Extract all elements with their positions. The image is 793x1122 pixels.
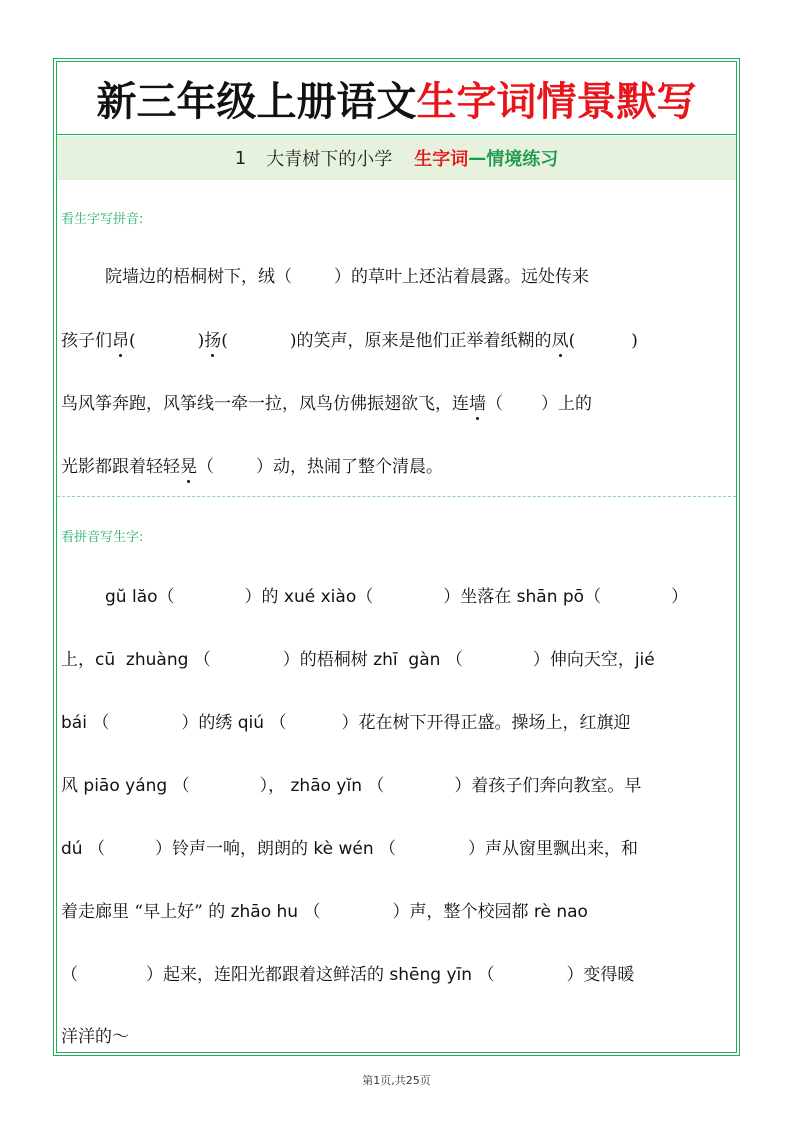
paren-open: （ bbox=[197, 452, 214, 477]
text: ）起来，连阳光都跟着这鲜活的 bbox=[146, 960, 384, 985]
text: 着走廊里 “早上好” 的 bbox=[61, 897, 225, 922]
text: ）着孩子们奔向教室。早 bbox=[454, 771, 641, 796]
paren-open: （ bbox=[92, 708, 109, 733]
tag-dash: — bbox=[468, 148, 486, 169]
title-main: 新三年级上册语文 bbox=[97, 70, 417, 127]
text: ）声，整个校园都 bbox=[392, 897, 528, 922]
pinyin: shān pō bbox=[517, 587, 584, 607]
paren-open: （ bbox=[367, 771, 384, 796]
dotted-char: 晃 bbox=[180, 452, 197, 477]
text: ）变得暖 bbox=[566, 960, 634, 985]
text: ）的 bbox=[245, 582, 279, 607]
paren-open: （ bbox=[356, 582, 373, 607]
text: ）的梧桐树 bbox=[283, 645, 368, 670]
dotted-char: 墙 bbox=[469, 389, 486, 414]
passage-line: 洋洋的～ bbox=[61, 1022, 732, 1047]
paren-open: ( bbox=[129, 331, 136, 351]
text: 风 bbox=[61, 771, 78, 796]
pinyin: qiú bbox=[238, 713, 264, 733]
passage-line: 鸟风筝奔跑，风筝线一牵一拉，凤鸟仿佛振翅欲飞，连 墙 （ ）上的 bbox=[61, 389, 732, 414]
lesson-number: 1 bbox=[235, 148, 246, 169]
text: ）花在树下开得正盛。操场上，红旗迎 bbox=[341, 708, 630, 733]
passage-line: dú （ ）铃声一响，朗朗的 kè wén （ ）声从窗里飘出来，和 bbox=[61, 834, 732, 859]
passage-line: 着走廊里 “早上好” 的 zhāo hu （ ）声，整个校园都 rè nao bbox=[61, 897, 732, 922]
paren-open: （ bbox=[88, 834, 105, 859]
title-highlight: 生字词情景默写 bbox=[417, 70, 697, 127]
text: ）动，热闹了整个清晨。 bbox=[256, 452, 443, 477]
paren-open: （ bbox=[477, 960, 494, 985]
passage-line: gŭ lăo （ ）的 xué xiào （ ）坐落在 shān pō （ ） bbox=[61, 582, 732, 607]
text: 鸟风筝奔跑，风筝线一牵一拉，凤鸟仿佛振翅欲飞，连 bbox=[61, 389, 469, 414]
passage-line: bái （ ）的绣 qiú （ ）花在树下开得正盛。操场上，红旗迎 bbox=[61, 708, 732, 733]
tag-vocab: 生字词 bbox=[414, 145, 468, 171]
pinyin: xué xiào bbox=[284, 587, 356, 607]
tag-practice: 情境练习 bbox=[486, 145, 558, 171]
pinyin: kè wén bbox=[313, 839, 373, 859]
pinyin: zhī gàn bbox=[373, 650, 440, 670]
worksheet-frame: 新三年级上册语文生字词情景默写 1 大青树下的小学 生字词—情境练习 看生字写拼… bbox=[53, 58, 740, 1056]
passage-line: （ ）起来，连阳光都跟着这鲜活的 shēng yīn （ ）变得暖 bbox=[61, 960, 732, 985]
passage-line: 风 piāo yáng （ ）， zhāo yĭn （ ）着孩子们奔向教室。早 bbox=[61, 771, 732, 796]
pinyin: zhāo yĭn bbox=[291, 776, 362, 796]
paren-open: （ bbox=[486, 389, 503, 414]
paren-open: （ bbox=[158, 582, 175, 607]
text: )的笑声，原来是他们正举着纸糊的 bbox=[290, 326, 552, 351]
paren-open: （ bbox=[584, 582, 601, 607]
pinyin: piāo yáng bbox=[83, 776, 167, 796]
paren-open: （ bbox=[61, 960, 78, 985]
paren-open: （ bbox=[275, 262, 292, 287]
pinyin: cū zhuàng bbox=[95, 650, 188, 670]
paren-open: （ bbox=[379, 834, 396, 859]
dotted-char: 扬 bbox=[204, 326, 221, 351]
text: 院墙边的梧桐树下，绒 bbox=[105, 262, 275, 287]
paren-open: （ bbox=[446, 645, 463, 670]
paren-open: （ bbox=[173, 771, 190, 796]
paren-open: （ bbox=[303, 897, 320, 922]
paren-open: （ bbox=[194, 645, 211, 670]
lesson-name: 大青树下的小学 bbox=[266, 145, 392, 171]
paren-close: ) bbox=[198, 331, 205, 351]
section-label-char-to-pinyin: 看生字写拼音: bbox=[61, 208, 143, 227]
section-label-pinyin-to-char: 看拼音写生字: bbox=[61, 526, 143, 545]
text: ）声从窗里飘出来，和 bbox=[468, 834, 638, 859]
paren-open: ( bbox=[221, 331, 228, 351]
worksheet-title: 新三年级上册语文生字词情景默写 bbox=[57, 62, 736, 138]
pinyin: gŭ lăo bbox=[105, 587, 158, 607]
text: ）的绣 bbox=[181, 708, 232, 733]
pinyin: dú bbox=[61, 839, 83, 859]
text: 上， bbox=[61, 645, 95, 670]
paren-close: ） bbox=[671, 582, 688, 607]
text: ）， bbox=[260, 771, 286, 796]
text: ）坐落在 bbox=[443, 582, 511, 607]
section-divider bbox=[57, 496, 736, 497]
pinyin: zhāo hu bbox=[231, 902, 298, 922]
passage-line: 上， cū zhuàng （ ）的梧桐树 zhī gàn （ ）伸向天空， ji… bbox=[61, 645, 732, 670]
passage-line: 光影都跟着轻轻 晃 （ ）动，热闹了整个清晨。 bbox=[61, 452, 732, 477]
pinyin: rè nao bbox=[534, 902, 588, 922]
text: 光影都跟着轻轻 bbox=[61, 452, 180, 477]
text: 孩子们 bbox=[61, 326, 112, 351]
page-indicator: 第1页,共25页 bbox=[0, 1072, 793, 1088]
paren-open: （ bbox=[269, 708, 286, 733]
text: ）上的 bbox=[541, 389, 592, 414]
passage-line: 孩子们 昂 ( ) 扬 ( )的笑声，原来是他们正举着纸糊的 凤 ( ) bbox=[61, 326, 732, 351]
dotted-char: 凤 bbox=[552, 326, 569, 351]
text: ）的草叶上还沾着晨露。远处传来 bbox=[334, 262, 589, 287]
pinyin: shēng yīn bbox=[389, 965, 472, 985]
text: ）铃声一响，朗朗的 bbox=[155, 834, 308, 859]
lesson-header: 1 大青树下的小学 生字词—情境练习 bbox=[57, 136, 736, 180]
dotted-char: 昂 bbox=[112, 326, 129, 351]
paren-open: ( bbox=[569, 331, 576, 351]
text: ）伸向天空， bbox=[533, 645, 635, 670]
text: 洋洋的～ bbox=[61, 1022, 129, 1047]
passage-line: 院墙边的梧桐树下，绒 绒 （ ）的草叶上还沾着晨露。远处传来 bbox=[61, 262, 732, 287]
pinyin: bái bbox=[61, 713, 87, 733]
pinyin: jié bbox=[635, 650, 655, 670]
paren-close: ) bbox=[631, 331, 638, 351]
